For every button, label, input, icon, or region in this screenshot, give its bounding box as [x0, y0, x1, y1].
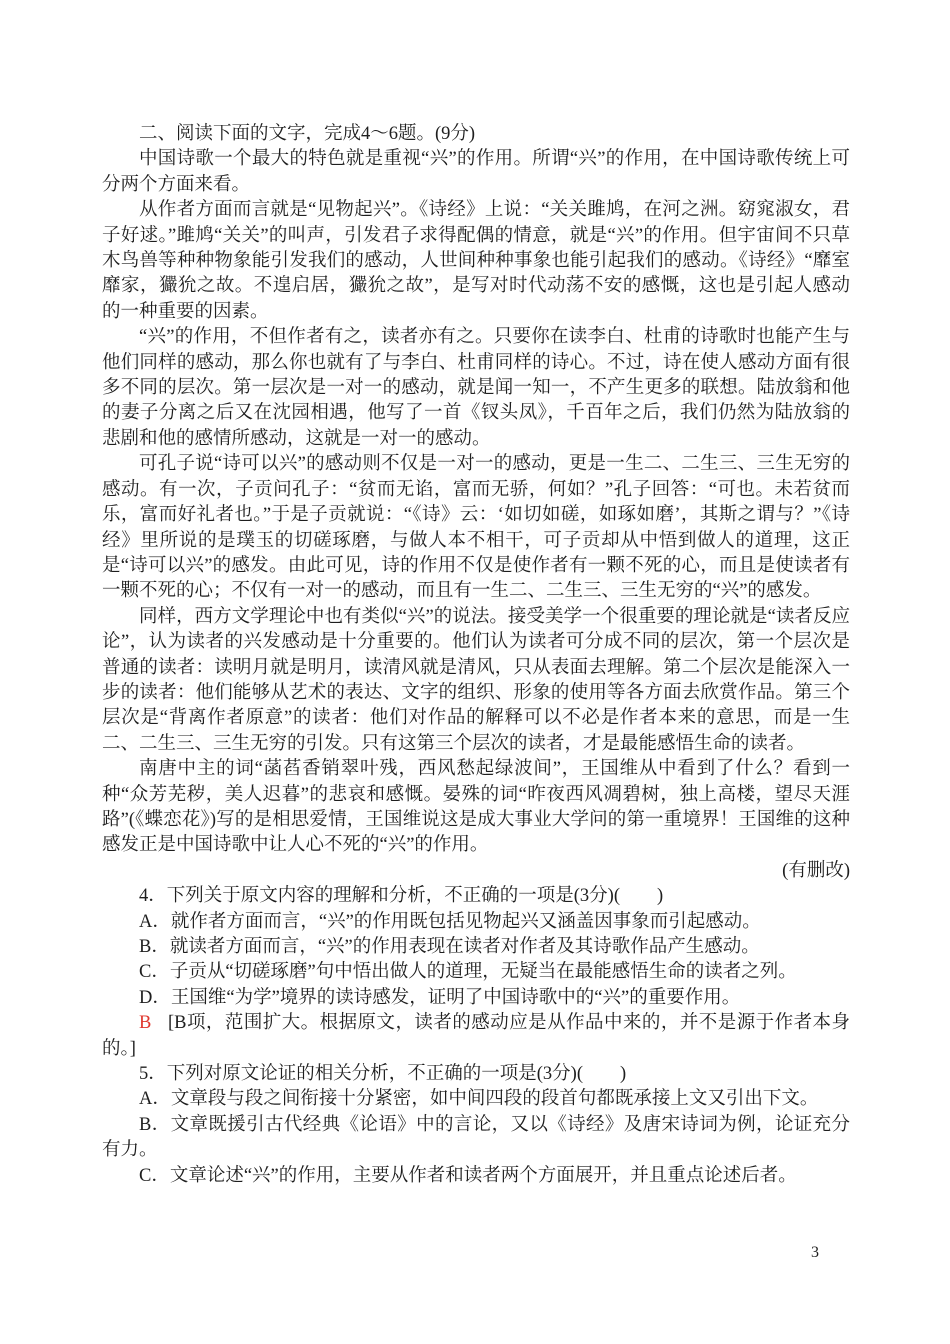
- passage-paragraph: 同样，西方文学理论中也有类似“兴”的说法。接受美学一个很重要的理论就是“读者反应…: [102, 605, 850, 757]
- question-4-stem: 4．下列关于原文内容的理解和分析，不正确的一项是(3分)( ): [102, 884, 850, 909]
- question-5-option-a: A．文章段与段之间衔接十分紧密，如中间四段的段首句都既承接上文又引出下文。: [102, 1087, 850, 1112]
- question-4-option-c: C．子贡从“切磋琢磨”句中悟出做人的道理，无疑当在最能感悟生命的读者之列。: [102, 960, 850, 985]
- question-4-option-a: A．就作者方面而言，“兴”的作用既包括见物起兴又涵盖因事象而引起感动。: [102, 910, 850, 935]
- reading-passage: 二、阅读下面的文字，完成4～6题。(9分) 中国诗歌一个最大的特色就是重视“兴”…: [102, 122, 850, 1189]
- page-number: 3: [800, 1242, 830, 1264]
- document-page: 二、阅读下面的文字，完成4～6题。(9分) 中国诗歌一个最大的特色就是重视“兴”…: [0, 0, 950, 1344]
- question-4-option-d: D．王国维“为学”境界的读诗感发，证明了中国诗歌中的“兴”的重要作用。: [102, 986, 850, 1011]
- passage-paragraph: 中国诗歌一个最大的特色就是重视“兴”的作用。所谓“兴”的作用，在中国诗歌传统上可…: [102, 147, 850, 198]
- question-5-stem: 5．下列对原文论证的相关分析，不正确的一项是(3分)( ): [102, 1062, 850, 1087]
- section-heading: 二、阅读下面的文字，完成4～6题。(9分): [102, 122, 850, 147]
- question-4-answer: B[B项，范围扩大。根据原文，读者的感动应是从作品中来的，并不是源于作者本身的。…: [102, 1011, 850, 1062]
- passage-paragraph: 从作者方面而言就是“见物起兴”。《诗经》上说：“关关雎鸠，在河之洲。窈窕淑女，君…: [102, 198, 850, 325]
- passage-paragraph: “兴”的作用，不但作者有之，读者亦有之。只要你在读李白、杜甫的诗歌时也能产生与他…: [102, 325, 850, 452]
- passage-paragraph: 可孔子说“诗可以兴”的感动则不仅是一对一的感动，更是一生二、二生三、三生无穷的感…: [102, 452, 850, 604]
- question-5-option-c: C．文章论述“兴”的作用，主要从作者和读者两个方面展开，并且重点论述后者。: [102, 1164, 850, 1189]
- attribution-note: (有删改): [102, 859, 850, 884]
- answer-explanation: [B项，范围扩大。根据原文，读者的感动应是从作品中来的，并不是源于作者本身的。]: [102, 1013, 850, 1058]
- question-4-option-b: B．就读者方面而言，“兴”的作用表现在读者对作者及其诗歌作品产生感动。: [102, 935, 850, 960]
- answer-letter: B: [139, 1013, 151, 1033]
- question-5-option-b: B．文章既援引古代经典《论语》中的言论，又以《诗经》及唐宋诗词为例，论证充分有力…: [102, 1113, 850, 1164]
- passage-paragraph: 南唐中主的词“菡萏香销翠叶残，西风愁起绿波间”，王国维从中看到了什么？看到一种“…: [102, 757, 850, 859]
